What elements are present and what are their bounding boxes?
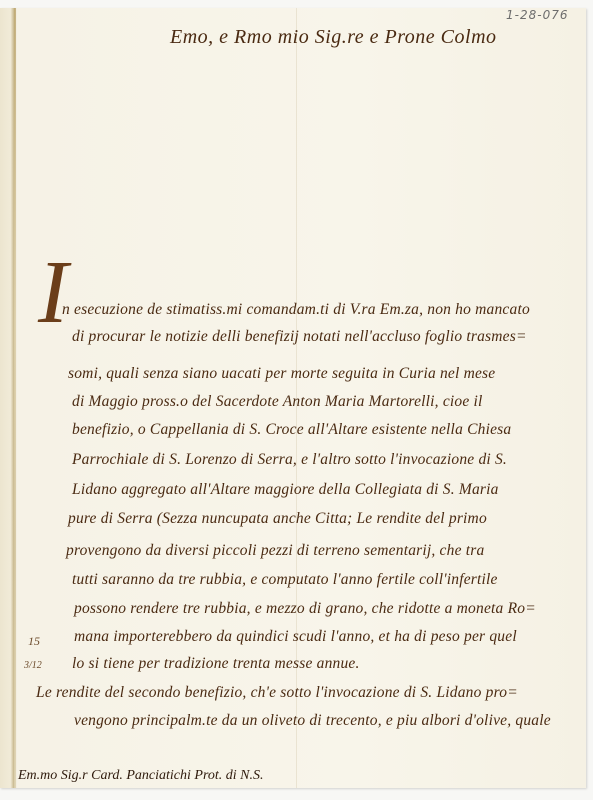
body-line: possono rendere tre rubbia, e mezzo di g… <box>74 600 536 618</box>
body-line: provengono da diversi piccoli pezzi di t… <box>66 542 484 560</box>
archive-number: 1-28-076 <box>506 8 568 22</box>
body-line: di Maggio pross.o del Sacerdote Anton Ma… <box>72 393 483 411</box>
body-line: vengono principalm.te da un oliveto di t… <box>74 712 551 730</box>
body-line: benefizio, o Cappellania di S. Croce all… <box>72 421 511 439</box>
body-line: Le rendite del secondo benefizio, ch'e s… <box>36 684 518 702</box>
fold-crease <box>14 8 16 788</box>
folded-margin-strip <box>0 8 15 788</box>
addressee-footer: Em.mo Sig.r Card. Panciatichi Prot. di N… <box>18 768 264 784</box>
body-line: mana importerebbero da quindici scudi l'… <box>74 628 517 646</box>
margin-note: 15 <box>28 634 40 649</box>
margin-note: 3/12 <box>24 660 42 671</box>
body-line: di procurar le notizie delli benefizij n… <box>72 328 527 346</box>
body-line: Parrochiale di S. Lorenzo di Serra, e l'… <box>72 451 507 469</box>
body-line: pure di Serra (Sezza nuncupata anche Cit… <box>68 510 487 528</box>
body-line: Lidano aggregato all'Altare maggiore del… <box>72 481 499 499</box>
body-line: lo si tiene per tradizione trenta messe … <box>72 655 360 673</box>
body-line: n esecuzione de stimatiss.mi comandam.ti… <box>62 301 530 319</box>
decorated-initial: I <box>38 248 68 338</box>
body-line: somi, quali senza siano uacati per morte… <box>68 365 495 383</box>
salutation: Emo, e Rmo mio Sig.re e Prone Colmo <box>170 26 497 49</box>
body-line: tutti saranno da tre rubbia, e computato… <box>72 571 498 589</box>
